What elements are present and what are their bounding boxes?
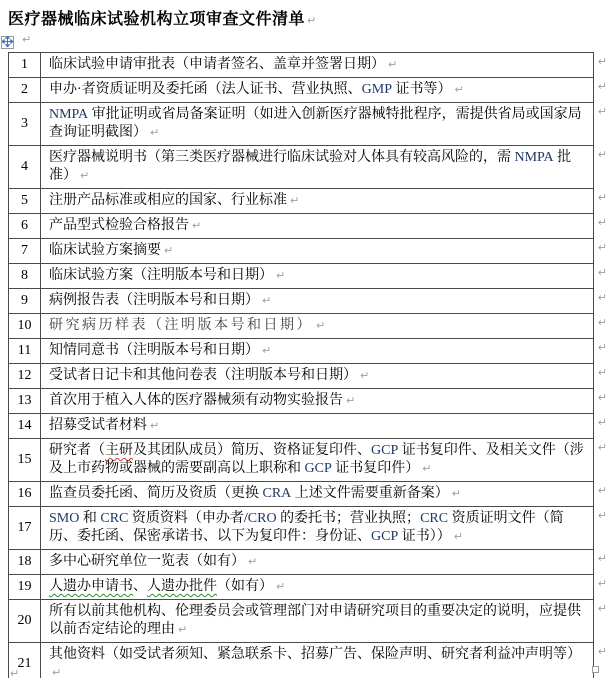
- text-segment: 研究病历样表（注明版本号和日期）: [49, 318, 313, 333]
- row-number-cell[interactable]: 12: [9, 364, 41, 388]
- row-content-cell[interactable]: 产品型式检验合格报告↵: [41, 214, 593, 238]
- pilcrow-icon: ↵: [388, 58, 397, 71]
- latin-acronym: GMP: [362, 82, 392, 97]
- table-row: 21 其他资料（如受试者须知、紧急联系卡、招募广告、保险声明、研究者利益冲声明等…: [9, 643, 593, 678]
- row-number-cell[interactable]: 7: [9, 239, 41, 263]
- pilcrow-icon: ↵: [150, 419, 159, 432]
- latin-acronym: GCP: [305, 461, 332, 476]
- checklist-table-body: 1 临床试验申请审批表（申请者签名、盖章并签署日期）↵ ↵ 2 申办·者资质证明…: [9, 53, 593, 678]
- row-number: 2: [21, 82, 28, 98]
- text-segment: 证书等）: [392, 82, 452, 97]
- row-number: 15: [18, 452, 32, 468]
- row-end-pilcrow-icon: ↵: [598, 602, 607, 615]
- text-segment: 的委托书；营业执照；: [277, 511, 421, 526]
- table-row: 10 研究病历样表（注明版本号和日期）↵ ↵: [9, 314, 593, 339]
- row-end-pilcrow-icon: ↵: [598, 366, 607, 379]
- row-number: 17: [18, 520, 32, 536]
- row-text: 招募受试者材料: [49, 418, 147, 433]
- latin-acronym: CRA: [263, 486, 292, 501]
- row-number-cell[interactable]: 15: [9, 439, 41, 481]
- row-text: 申办·者资质证明及委托函（法人证书、营业执照、GMP 证书等）: [49, 82, 452, 97]
- row-end-pilcrow-icon: ↵: [598, 341, 607, 354]
- row-text: 多中心研究单位一览表（如有）: [49, 554, 245, 569]
- text-segment: 医疗器械说明书（第三类医疗器械进行临床试验对人体具有较高风险的，需: [49, 150, 515, 165]
- table-row: 17 SMO 和 CRC 资质资料（申办者/CRO 的委托书；营业执照；CRC …: [9, 507, 593, 550]
- row-text: 注册产品标准或相应的国家、行业标准: [49, 193, 287, 208]
- pilcrow-icon: ↵: [316, 319, 325, 332]
- pilcrow-icon: ↵: [454, 530, 463, 543]
- row-content-cell[interactable]: 所有以前其他机构、伦理委员会或管理部门对申请研究项目的重要决定的说明，应提供以前…: [41, 600, 593, 642]
- text-segment: 及其团队成员）简历、资格证复印件、: [133, 443, 371, 458]
- row-content-cell[interactable]: 受试者日记卡和其他问卷表（注明版本号和日期）↵: [41, 364, 593, 388]
- latin-acronym: GCP: [371, 529, 398, 544]
- pilcrow-icon: ↵: [290, 194, 299, 207]
- text-segment: 其他资料（如受试者须知、紧急联系卡、招募广告、保险声明、研究者利益冲声明等）: [49, 647, 581, 662]
- row-content-cell[interactable]: 临床试验申请审批表（申请者签名、盖章并签署日期）↵: [41, 53, 593, 77]
- row-number: 10: [18, 318, 32, 334]
- row-text: 所有以前其他机构、伦理委员会或管理部门对申请研究项目的重要决定的说明，应提供以前…: [49, 604, 581, 637]
- row-text: 病例报告表（注明版本号和日期）: [49, 293, 259, 308]
- row-content-cell[interactable]: 研究病历样表（注明版本号和日期）↵: [41, 314, 593, 338]
- table-row: 19 人遗办申请书、人遗办批件（如有）↵ ↵: [9, 575, 593, 600]
- latin-acronym: NMPA: [49, 107, 88, 122]
- row-content-cell[interactable]: NMPA 审批证明或省局备案证明（如进入创新医疗器械特批程序，需提供省局或国家局…: [41, 103, 593, 145]
- row-content-cell[interactable]: 知情同意书（注明版本号和日期）↵: [41, 339, 593, 363]
- row-number-cell[interactable]: 8: [9, 264, 41, 288]
- row-number-cell[interactable]: 1: [9, 53, 41, 77]
- row-number: 16: [18, 486, 32, 502]
- pilcrow-icon: ↵: [422, 462, 431, 475]
- row-text: 医疗器械说明书（第三类医疗器械进行临床试验对人体具有较高风险的，需 NMPA 批…: [49, 150, 571, 183]
- table-row: 7 临床试验方案摘要↵ ↵: [9, 239, 593, 264]
- row-end-pilcrow-icon: ↵: [598, 316, 607, 329]
- table-row: 15 研究者（主研及其团队成员）简历、资格证复印件、GCP 证书复印件、及相关文…: [9, 439, 593, 482]
- row-end-pilcrow-icon: ↵: [598, 291, 607, 304]
- table-row: 9 病例报告表（注明版本号和日期）↵ ↵: [9, 289, 593, 314]
- row-content-cell[interactable]: 多中心研究单位一览表（如有）↵: [41, 550, 593, 574]
- pilcrow-icon: ↵: [276, 580, 285, 593]
- text-segment: 产品型式检验合格报告: [49, 218, 189, 233]
- row-content-cell[interactable]: 监查员委托函、简历及资质（更换 CRA 上述文件需要重新备案）↵: [41, 482, 593, 506]
- row-number-cell[interactable]: 19: [9, 575, 41, 599]
- table-row: 6 产品型式检验合格报告↵ ↵: [9, 214, 593, 239]
- table-row: 13 首次用于植入人体的医疗器械须有动物实验报告↵ ↵: [9, 389, 593, 414]
- row-end-pilcrow-icon: ↵: [598, 105, 607, 118]
- row-text: 临床试验申请审批表（申请者签名、盖章并签署日期）: [49, 57, 385, 72]
- latin-acronym: NMPA: [515, 150, 554, 165]
- table-row: 3 NMPA 审批证明或省局备案证明（如进入创新医疗器械特批程序，需提供省局或国…: [9, 103, 593, 146]
- row-end-pilcrow-icon: ↵: [598, 416, 607, 429]
- latin-acronym: CRC: [100, 511, 128, 526]
- row-number: 18: [18, 554, 32, 570]
- pilcrow-icon: ↵: [22, 33, 31, 46]
- row-end-pilcrow-icon: ↵: [598, 484, 607, 497]
- text-segment: 知情同意书（注明版本号和日期）: [49, 343, 259, 358]
- row-end-pilcrow-icon: ↵: [598, 216, 607, 229]
- pilcrow-icon: ↵: [248, 555, 257, 568]
- row-number-cell[interactable]: 20: [9, 600, 41, 642]
- row-content-cell[interactable]: 申办·者资质证明及委托函（法人证书、营业执照、GMP 证书等）↵: [41, 78, 593, 102]
- pilcrow-icon: ↵: [10, 667, 19, 678]
- row-number: 12: [18, 368, 32, 384]
- row-end-pilcrow-icon: ↵: [598, 577, 607, 590]
- row-number-cell[interactable]: 4: [9, 146, 41, 188]
- row-number-cell[interactable]: 5: [9, 189, 41, 213]
- row-content-cell[interactable]: 注册产品标准或相应的国家、行业标准↵: [41, 189, 593, 213]
- table-row: 2 申办·者资质证明及委托函（法人证书、营业执照、GMP 证书等）↵ ↵: [9, 78, 593, 103]
- row-text: 知情同意书（注明版本号和日期）: [49, 343, 259, 358]
- pilcrow-icon: ↵: [360, 369, 369, 382]
- row-end-pilcrow-icon: ↵: [598, 441, 607, 454]
- row-content-cell[interactable]: 招募受试者材料↵: [41, 414, 593, 438]
- table-row: 16 监查员委托函、简历及资质（更换 CRA 上述文件需要重新备案）↵ ↵: [9, 482, 593, 507]
- row-number: 6: [21, 218, 28, 234]
- row-text: 研究病历样表（注明版本号和日期）: [49, 318, 313, 333]
- pilcrow-icon: ↵: [192, 219, 201, 232]
- text-segment: 主研: [105, 443, 133, 458]
- text-segment: 人遗办申请书: [49, 579, 133, 594]
- pilcrow-icon: ↵: [276, 269, 285, 282]
- pilcrow-icon: ↵: [262, 294, 271, 307]
- row-content-cell[interactable]: 临床试验方案（注明版本号和日期）↵: [41, 264, 593, 288]
- latin-acronym: SMO: [49, 511, 79, 526]
- row-number-cell[interactable]: 18: [9, 550, 41, 574]
- row-number: 4: [21, 159, 28, 175]
- row-content-cell[interactable]: 人遗办申请书、人遗办批件（如有）↵: [41, 575, 593, 599]
- text-segment: 资质资料（申办者/: [128, 511, 247, 526]
- row-number: 21: [18, 656, 32, 672]
- row-number: 13: [18, 393, 32, 409]
- text-segment: （如有）: [217, 579, 273, 594]
- table-row: 14 招募受试者材料↵ ↵: [9, 414, 593, 439]
- pilcrow-icon: ↵: [452, 487, 461, 500]
- row-number-cell[interactable]: 3: [9, 103, 41, 145]
- row-number: 1: [21, 57, 28, 73]
- row-number-cell[interactable]: 9: [9, 289, 41, 313]
- pilcrow-icon: ↵: [178, 623, 187, 636]
- latin-acronym: CRO: [248, 511, 277, 526]
- pilcrow-icon: ↵: [52, 666, 61, 678]
- checklist-table: 1 临床试验申请审批表（申请者签名、盖章并签署日期）↵ ↵ 2 申办·者资质证明…: [8, 52, 594, 678]
- word-document-page: 医疗器械临床试验机构立项审查文件清单↵ ↵ 1 临床试验申请审批表（申请者签名、…: [0, 0, 612, 678]
- table-row: 20 所有以前其他机构、伦理委员会或管理部门对申请研究项目的重要决定的说明，应提…: [9, 600, 593, 643]
- row-text: 监查员委托函、简历及资质（更换 CRA 上述文件需要重新备案）: [49, 486, 449, 501]
- row-end-pilcrow-icon: ↵: [598, 509, 607, 522]
- row-number-cell[interactable]: 16: [9, 482, 41, 506]
- latin-acronym: GCP: [371, 443, 398, 458]
- text-segment: 上述文件需要重新备案）: [291, 486, 449, 501]
- row-text: 临床试验方案（注明版本号和日期）: [49, 268, 273, 283]
- text-segment: 人遗办批件: [147, 579, 217, 594]
- row-number-cell[interactable]: 14: [9, 414, 41, 438]
- row-number-cell[interactable]: 2: [9, 78, 41, 102]
- row-text: 人遗办申请书、人遗办批件（如有）: [49, 579, 273, 594]
- text-segment: 首次用于植入人体的医疗器械须有动物实验报告: [49, 393, 343, 408]
- row-end-pilcrow-icon: ↵: [598, 552, 607, 565]
- row-number-cell[interactable]: 13: [9, 389, 41, 413]
- table-row: 8 临床试验方案（注明版本号和日期）↵ ↵: [9, 264, 593, 289]
- text-segment: 临床试验方案（注明版本号和日期）: [49, 268, 273, 283]
- row-number-cell[interactable]: 11: [9, 339, 41, 363]
- table-move-handle[interactable]: [1, 36, 14, 49]
- table-resize-handle[interactable]: [592, 666, 599, 673]
- text-segment: 受试者日记卡和其他问卷表（注明版本号和日期）: [49, 368, 357, 383]
- row-content-cell[interactable]: 临床试验方案摘要↵: [41, 239, 593, 263]
- row-number: 8: [21, 268, 28, 284]
- row-number: 5: [21, 193, 28, 209]
- row-content-cell[interactable]: 首次用于植入人体的医疗器械须有动物实验报告↵: [41, 389, 593, 413]
- row-number-cell[interactable]: 17: [9, 507, 41, 549]
- row-end-pilcrow-icon: ↵: [598, 148, 607, 161]
- pilcrow-icon: ↵: [262, 344, 271, 357]
- text-segment: 研究者（: [49, 443, 105, 458]
- row-number-cell[interactable]: 6: [9, 214, 41, 238]
- text-segment: 多中心研究单位一览表（如有）: [49, 554, 245, 569]
- table-row: 4 医疗器械说明书（第三类医疗器械进行临床试验对人体具有较高风险的，需 NMPA…: [9, 146, 593, 189]
- document-title[interactable]: 医疗器械临床试验机构立项审查文件清单↵: [8, 6, 317, 29]
- row-text: 首次用于植入人体的医疗器械须有动物实验报告: [49, 393, 343, 408]
- row-content-cell[interactable]: SMO 和 CRC 资质资料（申办者/CRO 的委托书；营业执照；CRC 资质证…: [41, 507, 593, 549]
- row-end-pilcrow-icon: ↵: [598, 391, 607, 404]
- row-end-pilcrow-icon: ↵: [598, 80, 607, 93]
- row-text: 产品型式检验合格报告: [49, 218, 189, 233]
- pilcrow-icon: ↵: [307, 14, 317, 27]
- row-text: 其他资料（如受试者须知、紧急联系卡、招募广告、保险声明、研究者利益冲声明等）: [49, 647, 581, 662]
- row-content-cell[interactable]: 医疗器械说明书（第三类医疗器械进行临床试验对人体具有较高风险的，需 NMPA 批…: [41, 146, 593, 188]
- row-end-pilcrow-icon: ↵: [598, 191, 607, 204]
- row-number: 14: [18, 418, 32, 434]
- text-segment: 注册产品标准或相应的国家、行业标准: [49, 193, 287, 208]
- text-segment: 证书））: [398, 529, 451, 544]
- row-text: NMPA 审批证明或省局备案证明（如进入创新医疗器械特批程序，需提供省局或国家局…: [49, 107, 582, 140]
- row-text: SMO 和 CRC 资质资料（申办者/CRO 的委托书；营业执照；CRC 资质证…: [49, 511, 564, 544]
- latin-acronym: CRC: [420, 511, 448, 526]
- row-number: 20: [18, 613, 32, 629]
- text-segment: 监查员委托函、简历及资质（更换: [49, 486, 263, 501]
- row-content-cell[interactable]: 其他资料（如受试者须知、紧急联系卡、招募广告、保险声明、研究者利益冲声明等）↵: [41, 643, 593, 678]
- text-segment: 招募受试者材料: [49, 418, 147, 433]
- pilcrow-icon: ↵: [80, 169, 89, 182]
- row-end-pilcrow-icon: ↵: [598, 55, 607, 68]
- pilcrow-icon: ↵: [455, 83, 464, 96]
- row-end-pilcrow-icon: ↵: [598, 645, 607, 658]
- row-text: 受试者日记卡和其他问卷表（注明版本号和日期）: [49, 368, 357, 383]
- row-number: 11: [18, 343, 31, 359]
- text-segment: 临床试验方案摘要: [49, 243, 161, 258]
- row-number: 19: [18, 579, 32, 595]
- row-number: 9: [21, 293, 28, 309]
- document-title-text: 医疗器械临床试验机构立项审查文件清单: [8, 11, 305, 28]
- row-number: 3: [21, 116, 28, 132]
- row-text: 临床试验方案摘要: [49, 243, 161, 258]
- table-row: 11 知情同意书（注明版本号和日期）↵ ↵: [9, 339, 593, 364]
- pilcrow-icon: ↵: [164, 244, 173, 257]
- row-content-cell[interactable]: 病例报告表（注明版本号和日期）↵: [41, 289, 593, 313]
- row-content-cell[interactable]: 研究者（主研及其团队成员）简历、资格证复印件、GCP 证书复印件、及相关文件（涉…: [41, 439, 593, 481]
- text-segment: 、: [133, 579, 147, 594]
- table-row: 18 多中心研究单位一览表（如有）↵ ↵: [9, 550, 593, 575]
- row-end-pilcrow-icon: ↵: [598, 266, 607, 279]
- text-segment: 病例报告表（注明版本号和日期）: [49, 293, 259, 308]
- text-segment: 和: [79, 511, 100, 526]
- table-move-icon: [2, 34, 13, 52]
- pilcrow-icon: ↵: [346, 394, 355, 407]
- table-row: 5 注册产品标准或相应的国家、行业标准↵ ↵: [9, 189, 593, 214]
- text-segment: 证书复印件）: [332, 461, 420, 476]
- text-segment: 临床试验申请审批表（申请者签名、盖章并签署日期）: [49, 57, 385, 72]
- row-end-pilcrow-icon: ↵: [598, 241, 607, 254]
- text-segment: 所有以前其他机构、伦理委员会或管理部门对申请研究项目的重要决定的说明，应提供以前…: [49, 604, 581, 637]
- table-row: 12 受试者日记卡和其他问卷表（注明版本号和日期）↵ ↵: [9, 364, 593, 389]
- row-text: 研究者（主研及其团队成员）简历、资格证复印件、GCP 证书复印件、及相关文件（涉…: [49, 443, 584, 476]
- row-number-cell[interactable]: 10: [9, 314, 41, 338]
- table-row: 1 临床试验申请审批表（申请者签名、盖章并签署日期）↵ ↵: [9, 53, 593, 78]
- text-segment: 审批证明或省局备案证明（如进入创新医疗器械特批程序，需提供省局或国家局查询证明截…: [49, 107, 582, 140]
- pilcrow-icon: ↵: [150, 126, 159, 139]
- text-segment: 申办·者资质证明及委托函（法人证书、营业执照、: [49, 82, 362, 97]
- row-number: 7: [21, 243, 28, 259]
